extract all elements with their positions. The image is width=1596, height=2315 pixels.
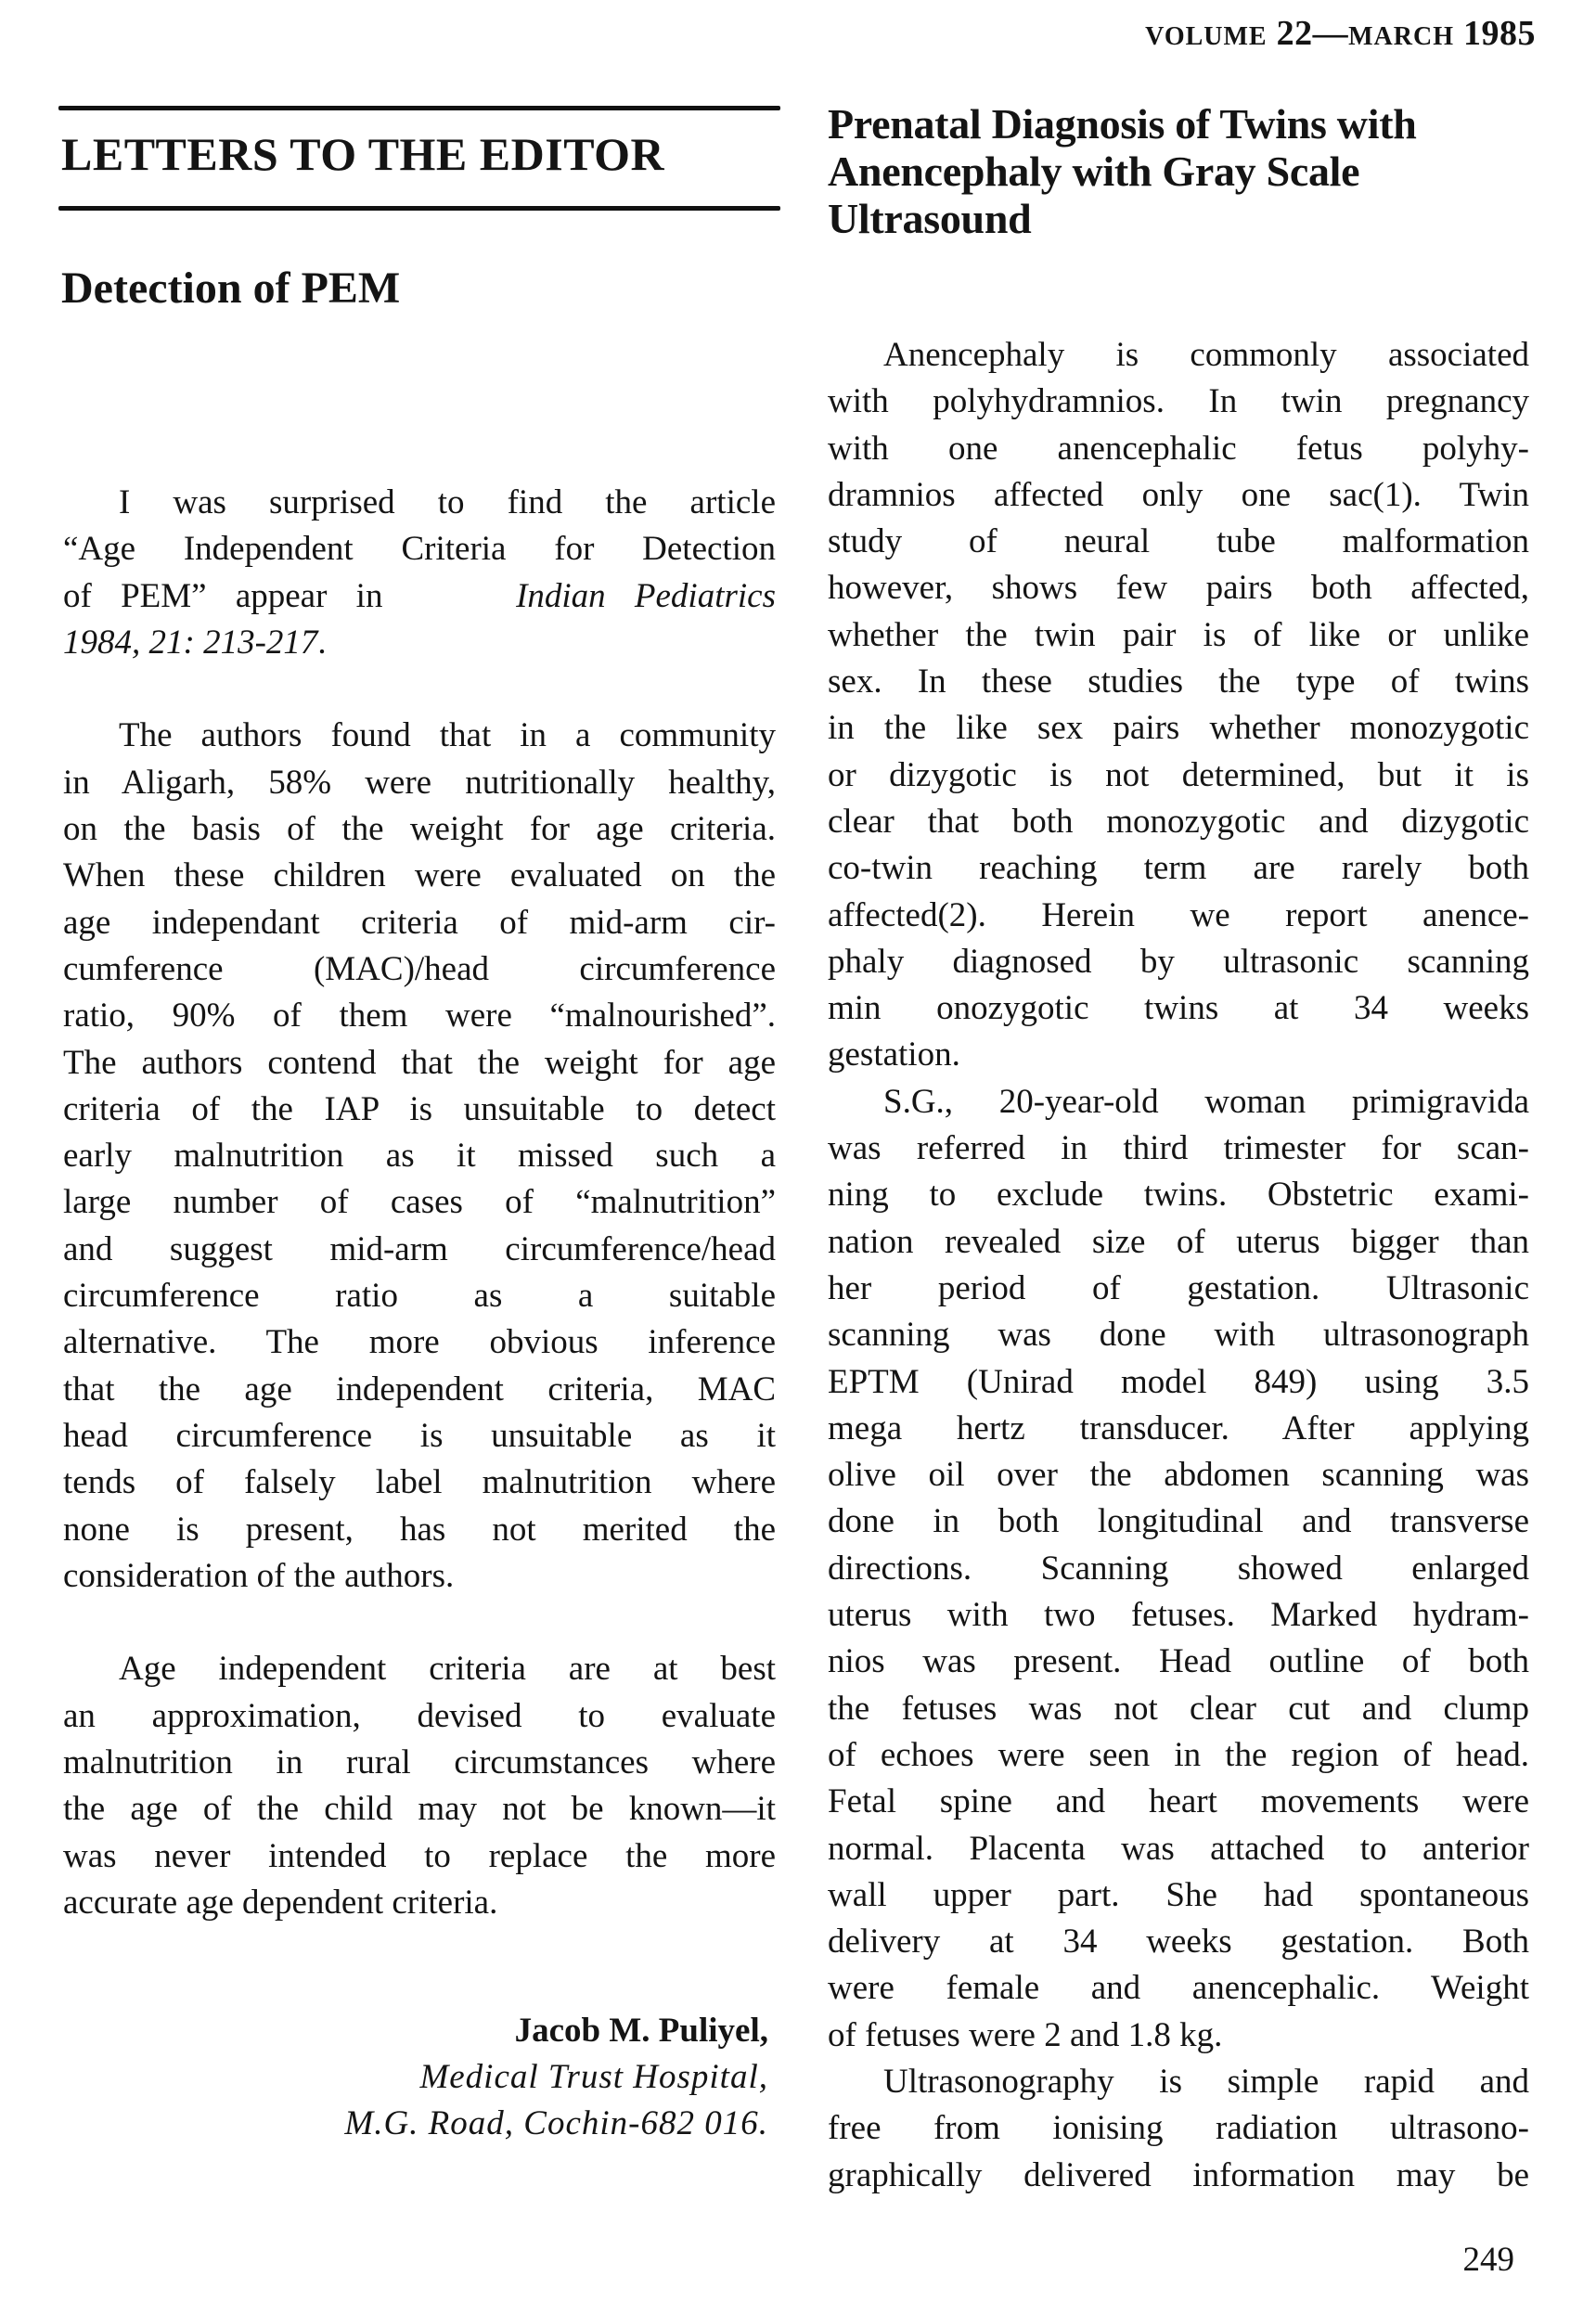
text-line: normal. Placenta was attached to anterio…	[828, 1826, 1529, 1872]
issue-year: 1985	[1463, 14, 1536, 53]
text-line: wall upper part. She had spontaneous	[828, 1872, 1529, 1919]
paragraph: The authors found that in a community in…	[63, 713, 776, 1600]
text-line: delivery at 34 weeks gestation. Both	[828, 1919, 1529, 1965]
volume-number: 22	[1277, 14, 1313, 53]
text-line: uterus with two fetuses. Marked hydram-	[828, 1592, 1529, 1639]
running-head: VOLUME 22—MARCH 1985	[1113, 13, 1536, 58]
text-line: with polyhydramnios. In twin pregnancy	[828, 379, 1529, 425]
text-line: or dizygotic is not determined, but it i…	[828, 752, 1529, 799]
text-line: alternative. The more obvious inference	[63, 1319, 776, 1366]
text-line: accurate age dependent criteria.	[63, 1880, 776, 1926]
text-line: “Age Independent Criteria for Detection	[63, 526, 776, 572]
text-line: of fetuses were 2 and 1.8 kg.	[828, 2013, 1529, 2059]
text-line: however, shows few pairs both affected,	[828, 565, 1529, 611]
text-line: of echoes were seen in the region of hea…	[828, 1732, 1529, 1779]
text-line: the fetuses was not clear cut and clump	[828, 1686, 1529, 1732]
text-fragment: .	[317, 624, 326, 662]
text-line: tends of falsely label malnutrition wher…	[63, 1460, 776, 1506]
text-line: were female and anencephalic. Weight	[828, 1965, 1529, 2012]
text-line: olive oil over the abdomen scanning was	[828, 1452, 1529, 1498]
paragraph: S.G., 20-year-old woman primigravida was…	[828, 1079, 1529, 2059]
text-line: on the basis of the weight for age crite…	[63, 806, 776, 853]
text-line: ratio, 90% of them were “malnourished”.	[63, 993, 776, 1039]
text-line: whether the twin pair is of like or unli…	[828, 612, 1529, 659]
text-line: I was surprised to find the article	[63, 480, 776, 526]
issue-month: MARCH	[1348, 22, 1454, 51]
section-title: LETTERS TO THE EDITOR	[61, 126, 780, 182]
text-line: was referred in third trimester for scan…	[828, 1125, 1529, 1172]
author-name: Jacob M. Puliyel,	[63, 2008, 768, 2054]
text-line: done in both longitudinal and transverse	[828, 1498, 1529, 1545]
text-line: mega hertz transducer. After applying	[828, 1406, 1529, 1452]
text-fragment: of PEM” appear in	[63, 573, 382, 620]
article-title-line: Ultrasound	[828, 195, 1533, 242]
paragraph-gap	[63, 666, 776, 713]
letter-signature: Jacob M. Puliyel, Medical Trust Hospital…	[63, 2008, 768, 2147]
text-line: the age of the child may not be known—it	[63, 1786, 776, 1833]
text-line: The authors found that in a community	[63, 713, 776, 759]
text-line: of PEM” appear in Indian Pediatrics	[63, 573, 776, 620]
section-rule-bottom	[58, 206, 780, 211]
article-title-line: Prenatal Diagnosis of Twins with	[828, 100, 1533, 148]
text-line: malnutrition in rural circumstances wher…	[63, 1740, 776, 1786]
text-line: large number of cases of “malnutrition”	[63, 1179, 776, 1226]
text-line: Anencephaly is commonly associated	[828, 332, 1529, 379]
text-line: clear that both monozygotic and dizygoti…	[828, 799, 1529, 845]
text-line: ning to exclude twins. Obstetric exami-	[828, 1172, 1529, 1218]
text-line: early malnutrition as it missed such a	[63, 1133, 776, 1179]
text-line: criteria of the IAP is unsuitable to det…	[63, 1087, 776, 1133]
text-line: nation revealed size of uterus bigger th…	[828, 1219, 1529, 1266]
text-line: gestation.	[828, 1032, 1529, 1078]
article-title-line: Anencephaly with Gray Scale	[828, 148, 1533, 195]
text-line: free from ionising radiation ultrasono-	[828, 2105, 1529, 2152]
text-line: and suggest mid-arm circumference/head	[63, 1227, 776, 1273]
article-title: Prenatal Diagnosis of Twins with Anencep…	[828, 100, 1533, 242]
text-line: head circumference is unsuitable as it	[63, 1413, 776, 1460]
text-line: The authors contend that the weight for …	[63, 1040, 776, 1087]
text-line: S.G., 20-year-old woman primigravida	[828, 1079, 1529, 1125]
text-line: age independant criteria of mid-arm cir-	[63, 900, 776, 946]
text-line: co-twin reaching term are rarely both	[828, 845, 1529, 892]
text-line: cumference (MAC)/head circumference	[63, 946, 776, 993]
text-line: Age independent criteria are at best	[63, 1646, 776, 1692]
author-address: M.G. Road, Cochin-682 016.	[63, 2101, 768, 2147]
text-line: graphically delivered information may be	[828, 2153, 1529, 2199]
text-line: in the like sex pairs whether monozygoti…	[828, 705, 1529, 752]
author-affiliation: Medical Trust Hospital,	[63, 2054, 768, 2101]
citation-reference: 1984, 21: 213-217	[63, 624, 317, 662]
page-number: 249	[1448, 2240, 1514, 2281]
text-line: in Aligarh, 58% were nutritionally healt…	[63, 760, 776, 806]
text-line: sex. In these studies the type of twins	[828, 659, 1529, 705]
paragraph: Ultrasonography is simple rapid and free…	[828, 2059, 1529, 2199]
text-line: circumference ratio as a suitable	[63, 1273, 776, 1319]
paragraph: I was surprised to find the article “Age…	[63, 480, 776, 666]
text-line: consideration of the authors.	[63, 1553, 776, 1600]
dash: —	[1313, 14, 1349, 53]
text-line: study of neural tube malformation	[828, 519, 1529, 565]
section-rule-top	[58, 106, 780, 110]
volume-label: VOLUME	[1145, 22, 1267, 51]
text-line: none is present, has not merited the	[63, 1507, 776, 1553]
text-line: EPTM (Unirad model 849) using 3.5	[828, 1359, 1529, 1406]
text-line: that the age independent criteria, MAC	[63, 1367, 776, 1413]
text-line: Fetal spine and heart movements were	[828, 1779, 1529, 1825]
text-line: dramnios affected only one sac(1). Twin	[828, 472, 1529, 519]
text-line: Ultrasonography is simple rapid and	[828, 2059, 1529, 2105]
journal-name: Indian Pediatrics	[516, 573, 776, 620]
text-line: min onozygotic twins at 34 weeks	[828, 985, 1529, 1032]
text-line: was never intended to replace the more	[63, 1833, 776, 1880]
text-line: directions. Scanning showed enlarged	[828, 1546, 1529, 1592]
paragraph: Age independent criteria are at best an …	[63, 1646, 776, 1926]
letter-body: I was surprised to find the article “Age…	[63, 480, 776, 1926]
paragraph-gap	[63, 1600, 776, 1646]
text-line: with one anencephalic fetus polyhy-	[828, 426, 1529, 472]
article-body: Anencephaly is commonly associated with …	[828, 332, 1529, 2199]
paragraph: Anencephaly is commonly associated with …	[828, 332, 1529, 1079]
text-line: When these children were evaluated on th…	[63, 853, 776, 899]
text-line: affected(2). Herein we report anence-	[828, 893, 1529, 939]
text-line: scanning was done with ultrasonograph	[828, 1312, 1529, 1358]
text-line: nios was present. Head outline of both	[828, 1639, 1529, 1685]
text-line: an approximation, devised to evaluate	[63, 1693, 776, 1740]
letter-title: Detection of PEM	[61, 262, 400, 315]
text-line: phaly diagnosed by ultrasonic scanning	[828, 939, 1529, 985]
text-line: her period of gestation. Ultrasonic	[828, 1266, 1529, 1312]
text-line: 1984, 21: 213-217.	[63, 620, 776, 666]
